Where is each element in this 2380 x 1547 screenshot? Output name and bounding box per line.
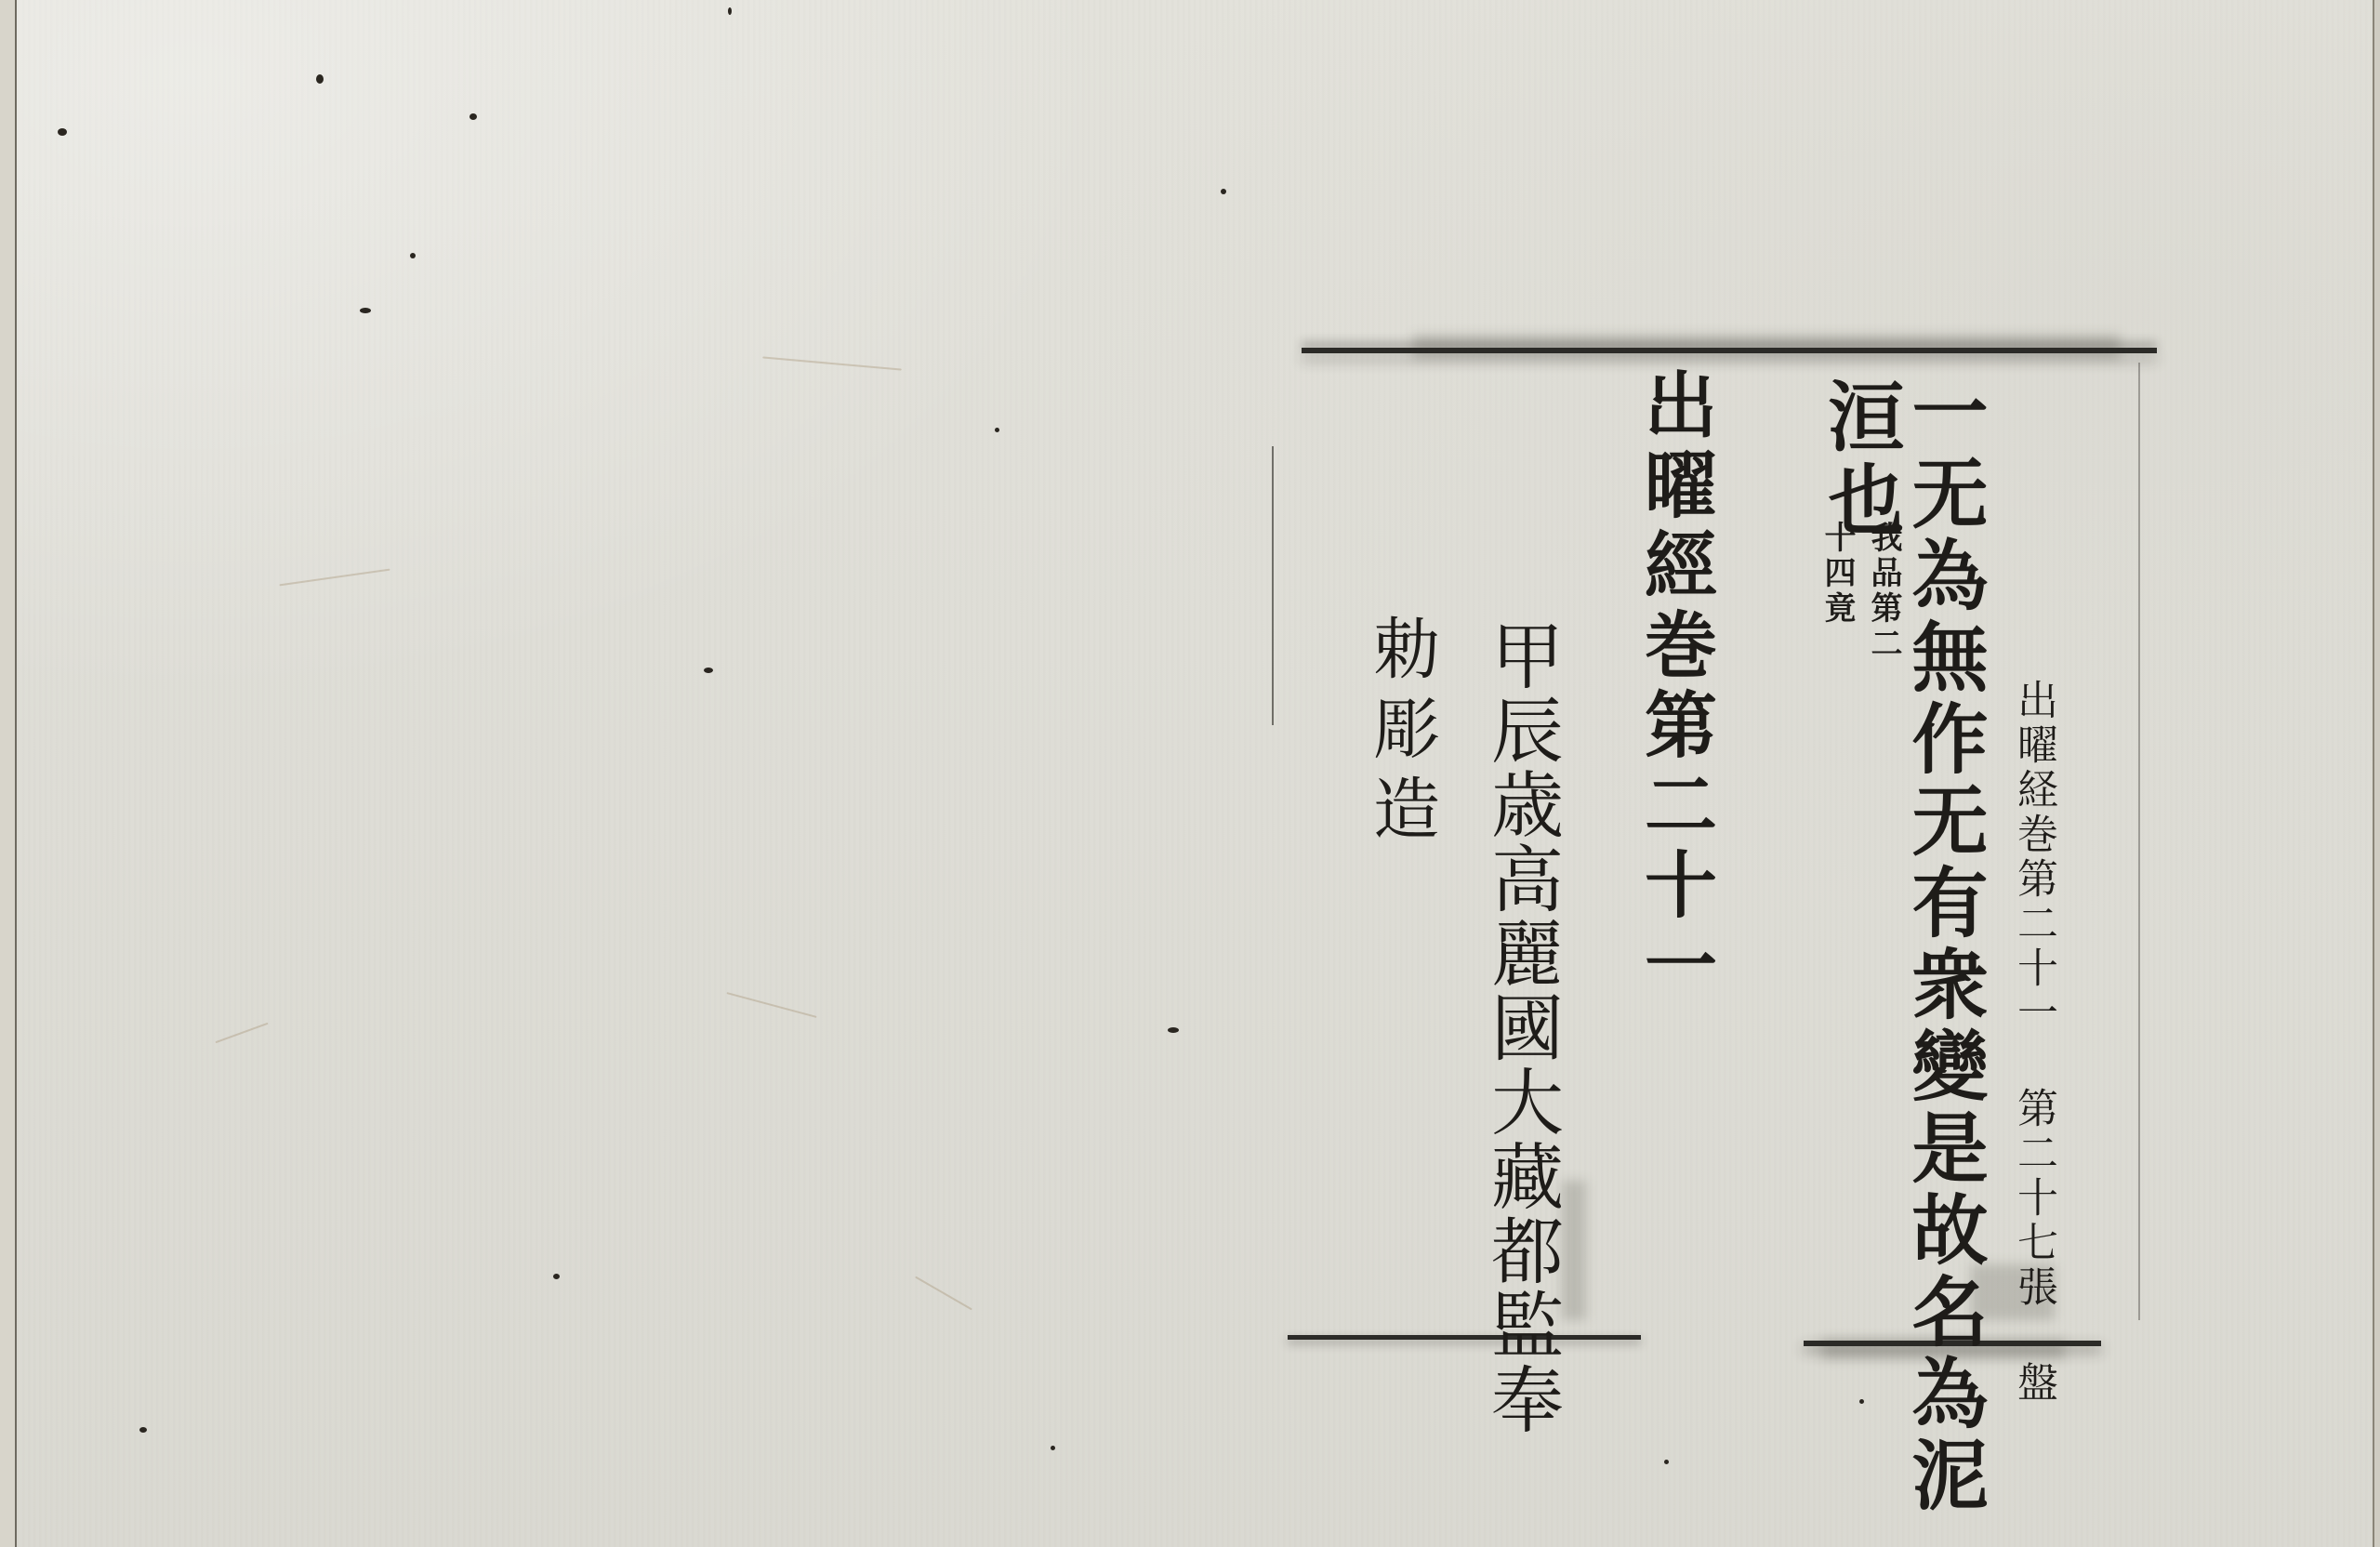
paper-fiber xyxy=(915,1276,972,1311)
paper-speck xyxy=(1168,1027,1179,1033)
interlinear-note-right: 我品第二 xyxy=(1861,521,1907,662)
main-text-column-2: 洹也 xyxy=(1822,377,1898,544)
paper-speck xyxy=(1859,1399,1864,1404)
paper-speck xyxy=(316,74,324,84)
paper-speck xyxy=(728,7,732,15)
frame-bottom-rule-left xyxy=(1288,1335,1641,1340)
frame-left-rule xyxy=(1272,446,1274,725)
paper-speck xyxy=(1051,1446,1055,1450)
paper-fiber xyxy=(215,1023,268,1043)
page-right-edge xyxy=(2373,0,2380,1547)
main-text-column-1: 一无為無作无有衆變是故名為泥 xyxy=(1906,372,1982,1517)
margin-label: 出曜経巻第二十一 第二十七張 盤 xyxy=(2003,679,2063,1406)
paper-speck xyxy=(553,1274,560,1279)
paper-fiber xyxy=(726,992,816,1018)
paper-speck xyxy=(1664,1460,1669,1464)
paper-speck xyxy=(139,1427,147,1433)
paper-fiber xyxy=(762,356,902,370)
volume-title: 出曜經巻第二十一 xyxy=(1622,367,1726,1007)
paper-speck xyxy=(704,668,713,673)
paper-speck xyxy=(1221,189,1226,194)
paper-speck xyxy=(469,113,477,120)
page-left-edge xyxy=(0,0,17,1547)
scanned-page: 出曜経巻第二十一 第二十七張 盤 一无為無作无有衆變是故名為泥 洹也 我品第二 … xyxy=(0,0,2380,1547)
interlinear-note-left: 十四竟 xyxy=(1815,521,1860,627)
paper-speck xyxy=(58,128,67,136)
colophon-text: 甲辰歳高麗國大藏都監奉 xyxy=(1469,618,1573,1436)
paper-fiber xyxy=(279,569,390,587)
frame-top-rule xyxy=(1302,348,2157,353)
ink-smudge xyxy=(1413,335,2120,359)
frame-right-rule xyxy=(2138,363,2140,1320)
paper-speck xyxy=(360,308,371,313)
paper-speck xyxy=(995,428,999,432)
carving-note: 勅彫造 xyxy=(1353,614,1449,853)
paper-speck xyxy=(410,253,416,258)
